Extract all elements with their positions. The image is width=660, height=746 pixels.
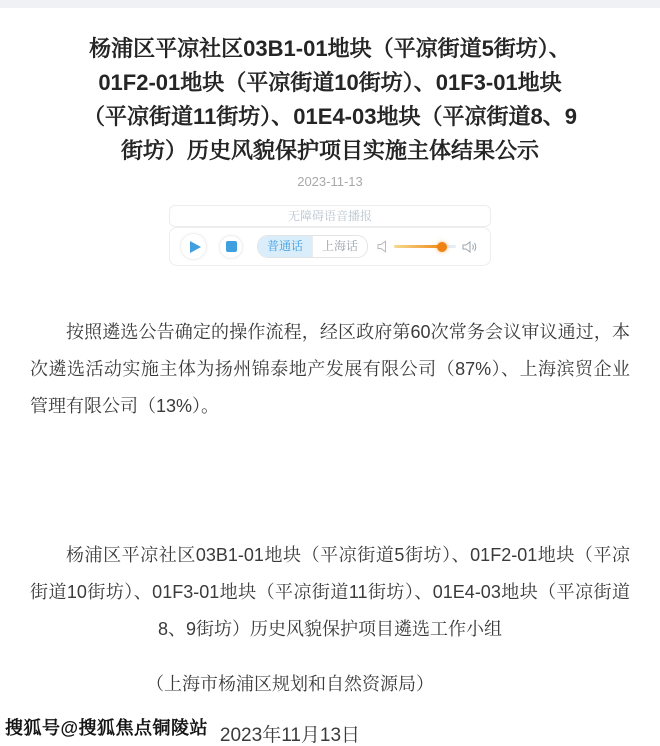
stop-button[interactable] <box>219 235 243 259</box>
audio-player-controls: 普通话 上海话 <box>169 227 491 266</box>
volume-fill <box>394 245 442 248</box>
volume-thumb[interactable] <box>437 242 447 252</box>
publish-date: 2023-11-13 <box>0 174 660 189</box>
article-paragraph: 按照遴选公告确定的操作流程，经区政府第60次常务会议审议通过，本次遴选活动实施主… <box>30 314 630 425</box>
article-title: 杨浦区平凉社区03B1-01地块（平凉街道5街坊）、 01F2-01地块（平凉街… <box>48 32 612 168</box>
language-option-shanghainese[interactable]: 上海话 <box>312 236 367 257</box>
article-page: { "page": { "title_lines": [ "杨浦区平凉社区03B… <box>0 0 660 746</box>
page-top-strip <box>0 0 660 8</box>
stop-icon <box>226 241 237 252</box>
signature-organization: （上海市杨浦区规划和自然资源局） <box>30 670 550 696</box>
language-option-mandarin[interactable]: 普通话 <box>258 236 312 257</box>
audio-player-header-label: 无障碍语音播报 <box>169 205 491 227</box>
play-icon <box>190 241 201 253</box>
sohu-watermark: 搜狐号@搜狐焦点铜陵站 <box>5 714 208 740</box>
signature-workgroup: 杨浦区平凉社区03B1-01地块（平凉街道5街坊）、01F2-01地块（平凉街道… <box>30 537 630 648</box>
accessibility-audio-player: 无障碍语音播报 普通话 上海话 <box>169 205 491 266</box>
speaker-icon[interactable] <box>462 240 478 254</box>
volume-control <box>377 240 478 254</box>
language-toggle: 普通话 上海话 <box>257 235 368 258</box>
volume-slider[interactable] <box>394 245 456 248</box>
speaker-muted-icon <box>377 240 388 253</box>
play-button[interactable] <box>180 233 207 260</box>
